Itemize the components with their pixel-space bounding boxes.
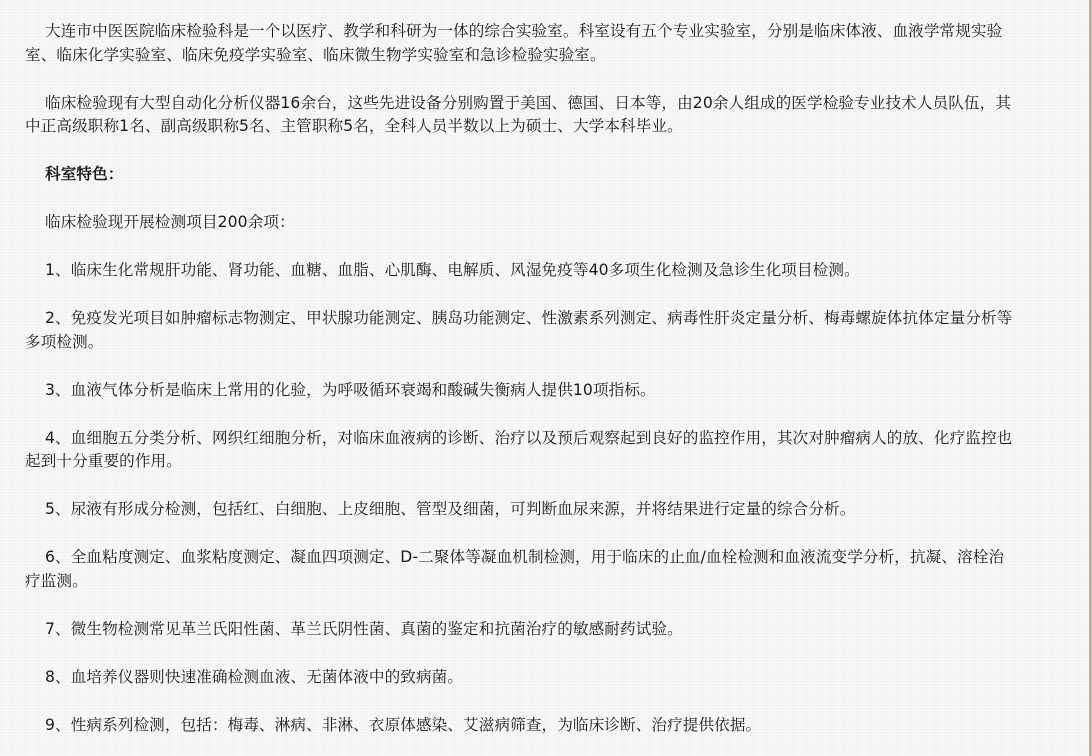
list-item: 2、免疫发光项目如肿瘤标志物测定、甲状腺功能测定、胰岛功能测定、性激素系列测定、… — [25, 307, 1015, 354]
article-body: 大连市中医医院临床检验科是一个以医疗、教学和科研为一体的综合实验室。科室设有五个… — [25, 20, 1015, 756]
projects-intro-paragraph: 临床检验现开展检测项目200余项： — [25, 211, 1015, 235]
list-item: 5、尿液有形成分检测，包括红、白细胞、上皮细胞、管型及细菌，可判断血尿来源，并将… — [25, 498, 1015, 522]
list-item: 1、临床生化常规肝功能、肾功能、血糖、血脂、心肌酶、电解质、风湿免疫等40多项生… — [25, 259, 1015, 283]
list-item: 8、血培养仪器则快速准确检测血液、无菌体液中的致病菌。 — [25, 666, 1015, 690]
equipment-paragraph: 临床检验现有大型自动化分析仪器16余台，这些先进设备分别购置于美国、德国、日本等… — [25, 92, 1015, 139]
features-heading: 科室特色： — [25, 163, 1015, 187]
list-item: 6、全血粘度测定、血浆粘度测定、凝血四项测定、D-二聚体等凝血机制检测，用于临床… — [25, 546, 1015, 593]
intro-paragraph: 大连市中医医院临床检验科是一个以医疗、教学和科研为一体的综合实验室。科室设有五个… — [25, 20, 1015, 67]
list-item: 7、微生物检测常见革兰氏阳性菌、革兰氏阴性菌、真菌的鉴定和抗菌治疗的敏感耐药试验… — [25, 618, 1015, 642]
list-item: 4、血细胞五分类分析、网织红细胞分析，对临床血液病的诊断、治疗以及预后观察起到良… — [25, 427, 1015, 474]
list-item: 3、血液气体分析是临床上常用的化验，为呼吸循环衰竭和酸碱失衡病人提供10项指标。 — [25, 379, 1015, 403]
list-item: 9、性病系列检测，包括：梅毒、淋病、非淋、衣原体感染、艾滋病筛查，为临床诊断、治… — [25, 714, 1015, 738]
